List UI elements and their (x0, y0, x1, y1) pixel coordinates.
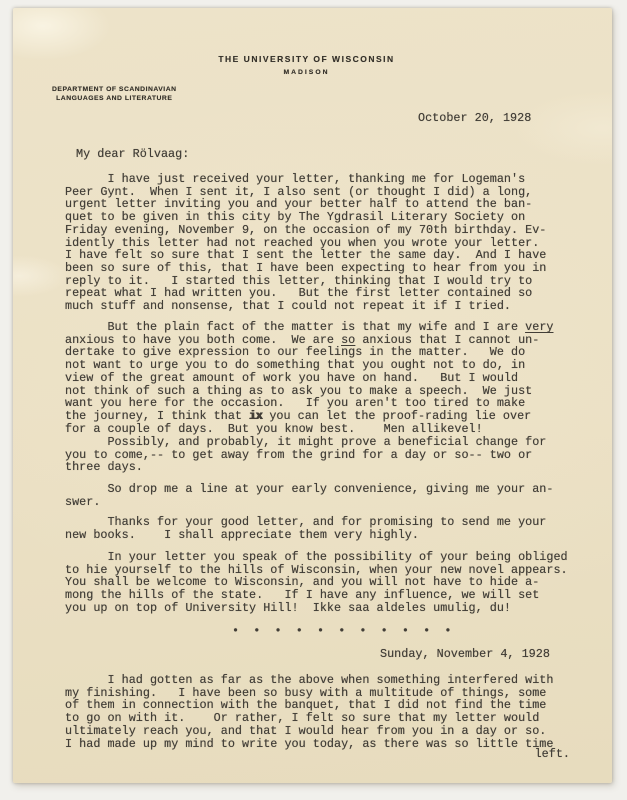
salutation: My dear Rölvaag: (76, 148, 189, 161)
letterhead-university: THE UNIVERSITY OF WISCONSIN (13, 54, 612, 64)
date-second: Sunday, November 4, 1928 (380, 648, 550, 661)
letterhead-department: DEPARTMENT OF SCANDINAVIAN LANGUAGES AND… (52, 86, 177, 103)
paragraph-7: I had gotten as far as the above when so… (65, 674, 553, 750)
separator-dots: • • • • • • • • • • • (232, 625, 451, 638)
paragraph-5: Thanks for your good letter, and for pro… (65, 516, 546, 541)
paragraph-4: So drop me a line at your early convenie… (65, 483, 553, 508)
department-line2: LANGUAGES AND LITERATURE (52, 95, 177, 104)
paragraph-2: But the plain fact of the matter is that… (65, 321, 553, 435)
scan-background: { "colors": { "paper": "#ebe0c4", "ink":… (0, 0, 627, 800)
department-line1: DEPARTMENT OF SCANDINAVIAN (52, 86, 177, 95)
closing-word: left. (65, 748, 570, 761)
date-first: October 20, 1928 (418, 112, 531, 125)
paragraph-6: In your letter you speak of the possibil… (65, 551, 568, 615)
paragraph-3: Possibly, and probably, it might prove a… (65, 436, 546, 474)
paragraph-1: I have just received your letter, thanki… (65, 173, 546, 313)
letter-page: THE UNIVERSITY OF WISCONSIN MADISON DEPA… (13, 8, 612, 783)
letterhead-city: MADISON (13, 69, 612, 76)
